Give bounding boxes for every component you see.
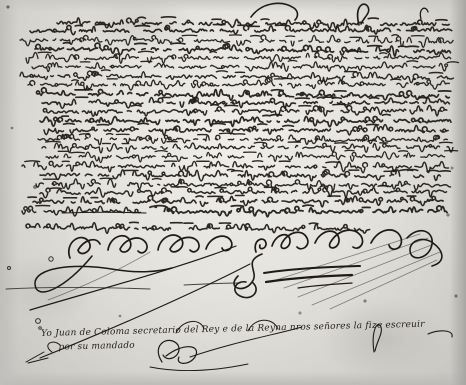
manuscript-scan: Yo Juan de Coloma secretario del Rey e d… [0,0,466,385]
